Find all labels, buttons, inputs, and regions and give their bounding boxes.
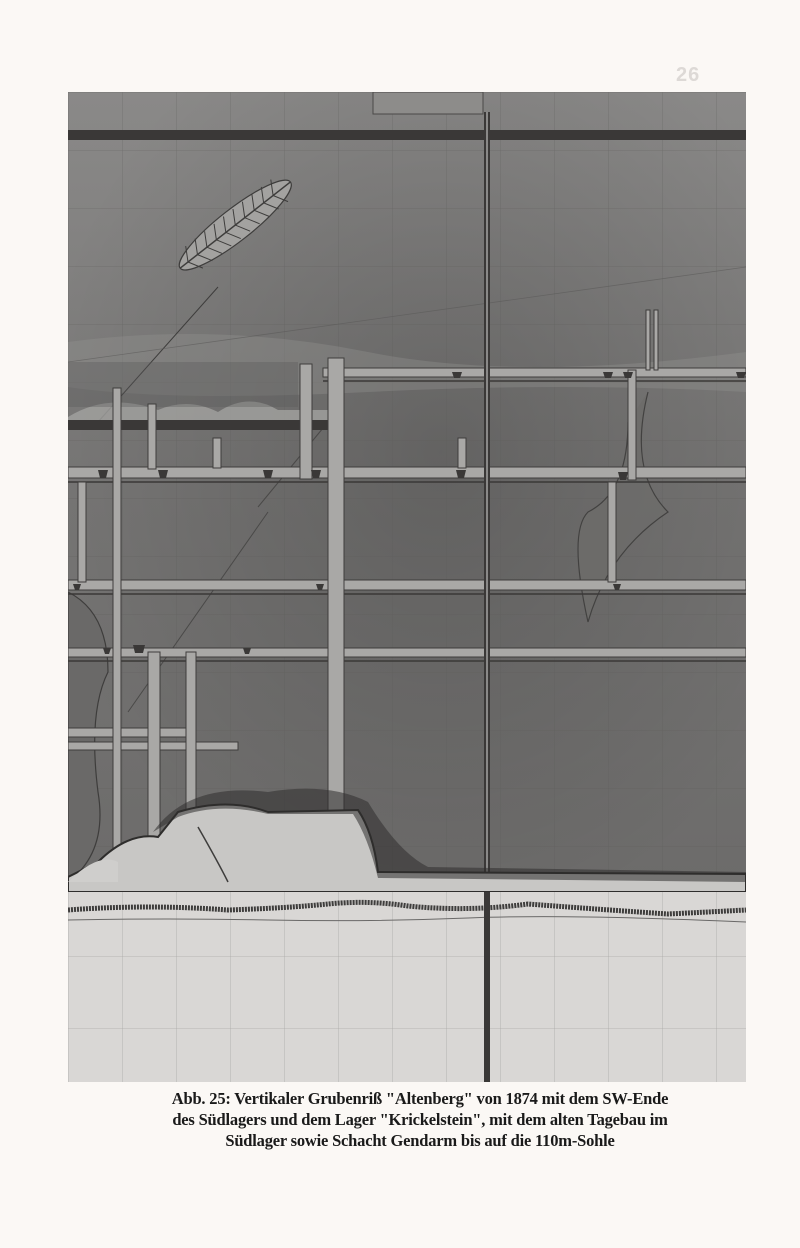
page-number: 26 (676, 64, 700, 87)
caption-line-2: des Südlagers und dem Lager "Krickelstei… (100, 1109, 740, 1130)
caption-line-1: Abb. 25: Vertikaler Grubenriß "Altenberg… (100, 1088, 740, 1109)
caption-line-3: Südlager sowie Schacht Gendarm bis auf d… (100, 1130, 740, 1151)
figure-caption: Abb. 25: Vertikaler Grubenriß "Altenberg… (100, 1088, 740, 1151)
mine-plan-drawing (68, 92, 746, 1082)
mine-plan-figure (68, 92, 746, 1082)
